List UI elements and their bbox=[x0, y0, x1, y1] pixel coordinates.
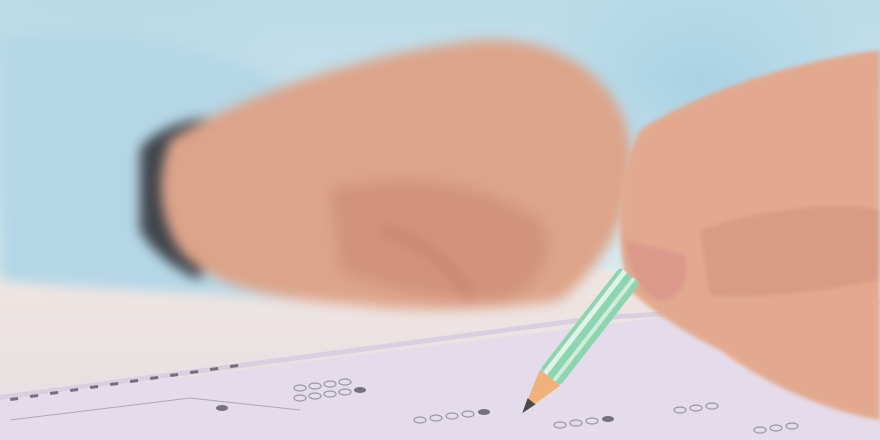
pencil bbox=[0, 0, 880, 440]
photo-scene bbox=[0, 0, 880, 440]
